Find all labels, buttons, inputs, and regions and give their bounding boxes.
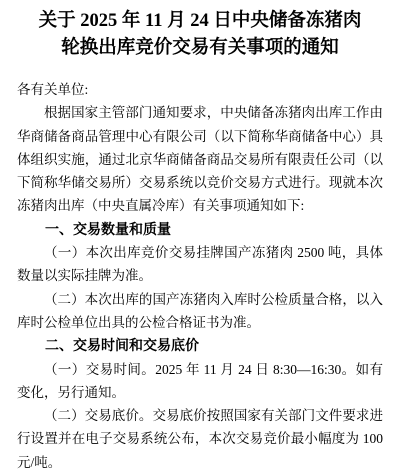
document-title: 关于 2025 年 11 月 24 日中央储备冻猪肉 轮换出库竞价交易有关事项的…: [17, 8, 383, 62]
section-1-heading: 一、交易数量和质量: [17, 218, 383, 241]
section-2-paragraph-1: （一）交易时间。2025 年 11 月 24 日 8:30—16:30。如有变化…: [17, 358, 383, 405]
section-1-paragraph-1: （一）本次出库竞价交易挂牌国产冻猪肉 2500 吨，具体数量以实际挂牌为准。: [17, 241, 383, 288]
intro-paragraph: 根据国家主管部门通知要求，中央储备冻猪肉出库工作由华商储备商品管理中心有限公司（…: [17, 101, 383, 217]
title-line-1: 关于 2025 年 11 月 24 日中央储备冻猪肉: [17, 8, 383, 35]
section-2-paragraph-2: （二）交易底价。交易底价按照国家有关部门文件要求进行设置并在电子交易系统公布，本…: [17, 404, 383, 472]
title-line-2: 轮换出库竞价交易有关事项的通知: [17, 35, 383, 62]
section-1-paragraph-2: （二）本次出库的国产冻猪肉入库时公检质量合格，以入库时公检单位出具的公检合格证书…: [17, 288, 383, 335]
notice-document: 关于 2025 年 11 月 24 日中央储备冻猪肉 轮换出库竞价交易有关事项的…: [0, 0, 400, 472]
section-2-heading: 二、交易时间和交易底价: [17, 334, 383, 357]
salutation: 各有关单位:: [17, 78, 383, 101]
